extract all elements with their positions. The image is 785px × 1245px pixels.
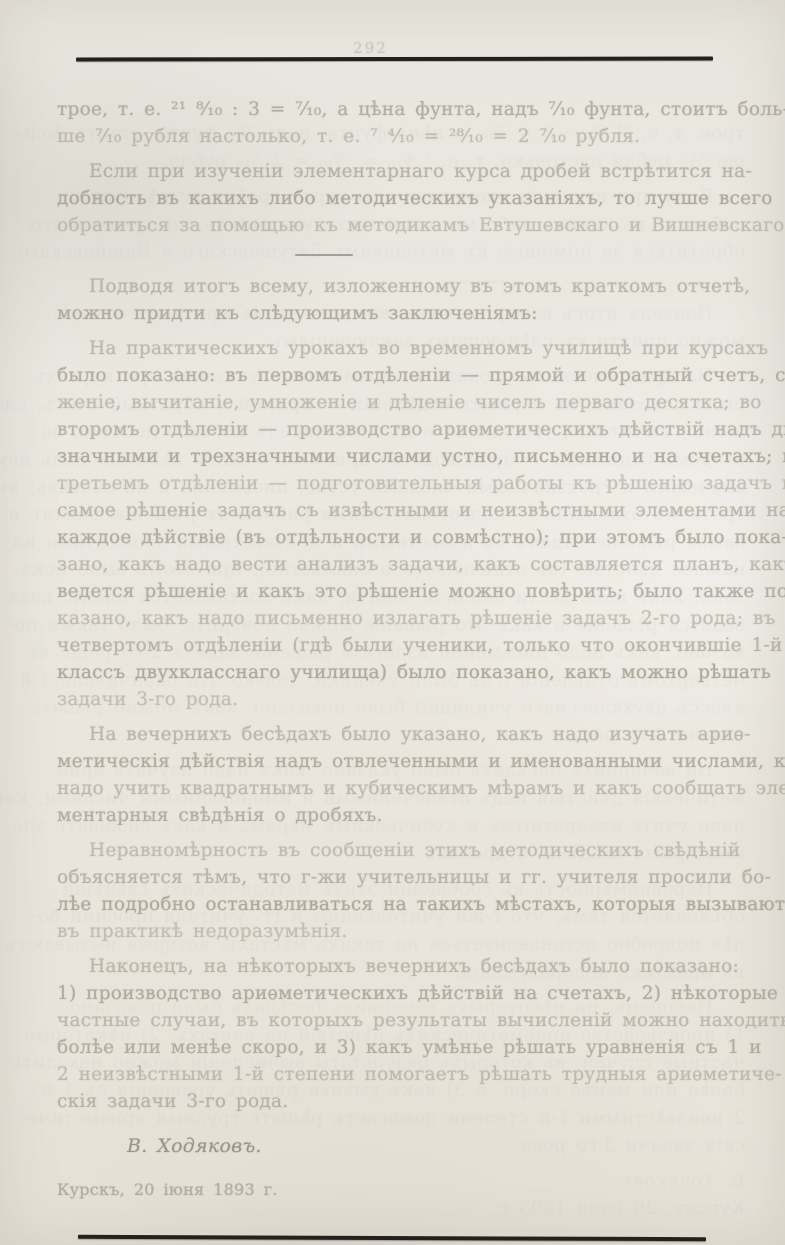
scanned-book-page: 292 трое, т. е. ²¹ ⁸⁄₁₀ : 3 = ⁷⁄₁₀, а цѣ… bbox=[0, 0, 785, 1245]
text-line: болѣе или менѣе скоро, и 3) какъ умѣнье … bbox=[57, 1034, 745, 1061]
text-line: обратиться за помощью къ методикамъ Евту… bbox=[57, 212, 745, 239]
paragraph: трое, т. е. ²¹ ⁸⁄₁₀ : 3 = ⁷⁄₁₀, а цѣна ф… bbox=[57, 96, 745, 150]
paragraph: Неравномѣрность въ сообщеніи этихъ метод… bbox=[57, 837, 745, 945]
text-line: второмъ отдѣленіи — производство ариѳмет… bbox=[57, 416, 745, 443]
page-text-block: трое, т. е. ²¹ ⁸⁄₁₀ : 3 = ⁷⁄₁₀, а цѣна ф… bbox=[57, 96, 745, 1200]
text-line: каждое дѣйствіе (въ отдѣльности и совмѣс… bbox=[57, 524, 745, 551]
text-line: объясняется тѣмъ, что г-жи учительницы и… bbox=[57, 864, 745, 891]
page-number: 292 bbox=[0, 39, 763, 57]
text-line: ментарныя свѣдѣнія о дробяхъ. bbox=[57, 802, 745, 829]
text-line: Наконецъ, на нѣкоторыхъ вечернихъ бесѣда… bbox=[57, 953, 745, 980]
text-line: самое рѣшеніе задачъ съ извѣстными и неи… bbox=[57, 497, 745, 524]
text-line: лѣе подробно останавливаться на такихъ м… bbox=[57, 891, 745, 918]
text-line: ведется рѣшеніе и какъ это рѣшеніе можно… bbox=[57, 578, 745, 605]
text-line: Неравномѣрность въ сообщеніи этихъ метод… bbox=[57, 837, 745, 864]
text-line: третьемъ отдѣленіи — подготовительныя ра… bbox=[57, 470, 745, 497]
bottom-rule bbox=[78, 1235, 706, 1241]
text-line: было показано: въ первомъ отдѣленіи — пр… bbox=[57, 362, 745, 389]
text-line: добность въ какихъ либо методическихъ ук… bbox=[57, 185, 745, 212]
text-line: трое, т. е. ²¹ ⁸⁄₁₀ : 3 = ⁷⁄₁₀, а цѣна ф… bbox=[57, 96, 745, 123]
top-rule bbox=[76, 57, 713, 61]
dateline: Курскъ, 20 іюня 1893 г. bbox=[57, 1176, 745, 1200]
paragraph: Если при изученіи элементарнаго курса др… bbox=[57, 158, 745, 239]
text-line: На практическихъ урокахъ во временномъ у… bbox=[57, 335, 745, 362]
text-line: метическія дѣйствія надъ отвлеченными и … bbox=[57, 748, 745, 775]
text-line: въ практикѣ недоразумѣнія. bbox=[57, 918, 745, 945]
text-line: казано, какъ надо письменно излагать рѣш… bbox=[57, 605, 745, 632]
paragraph: На практическихъ урокахъ во временномъ у… bbox=[57, 335, 745, 713]
text-line: можно придти къ слѣдующимъ заключеніямъ: bbox=[57, 300, 745, 327]
text-line: надо учить квадратнымъ и кубическимъ мѣр… bbox=[57, 775, 745, 802]
paragraph: Подводя итогъ всему, изложенному въ этом… bbox=[57, 273, 745, 327]
text-line: классъ двухкласснаго училища) было показ… bbox=[57, 659, 745, 686]
text-line: четвертомъ отдѣленіи (гдѣ были ученики, … bbox=[57, 632, 745, 659]
paragraph: Наконецъ, на нѣкоторыхъ вечернихъ бесѣда… bbox=[57, 953, 745, 1115]
text-line: частные случаи, въ которыхъ результаты в… bbox=[57, 1007, 745, 1034]
paragraph: На вечернихъ бесѣдахъ было указано, какъ… bbox=[57, 721, 745, 829]
text-line: зано, какъ надо вести анализъ задачи, ка… bbox=[57, 551, 745, 578]
section-divider bbox=[295, 254, 353, 256]
signature: В. Ходяковъ. bbox=[127, 1133, 745, 1160]
text-line: задачи 3-го рода. bbox=[57, 686, 745, 713]
text-line: женіе, вычитаніе, умноженіе и дѣленіе чи… bbox=[57, 389, 745, 416]
text-line: 2 неизвѣстными 1-й степени помогаетъ рѣш… bbox=[57, 1061, 745, 1088]
text-line: значными и трехзначными числами устно, п… bbox=[57, 443, 745, 470]
text-line: 1) производство ариѳметическихъ дѣйствій… bbox=[57, 980, 745, 1007]
text-line: ше ⁷⁄₁₀ рубля настолько, т. е. ⁷ ⁴⁄₁₀ = … bbox=[57, 123, 745, 150]
text-line: Если при изученіи элементарнаго курса др… bbox=[57, 158, 745, 185]
text-line: скія задачи 3-го рода. bbox=[57, 1088, 745, 1115]
text-line: На вечернихъ бесѣдахъ было указано, какъ… bbox=[57, 721, 745, 748]
text-line: Подводя итогъ всему, изложенному въ этом… bbox=[57, 273, 745, 300]
